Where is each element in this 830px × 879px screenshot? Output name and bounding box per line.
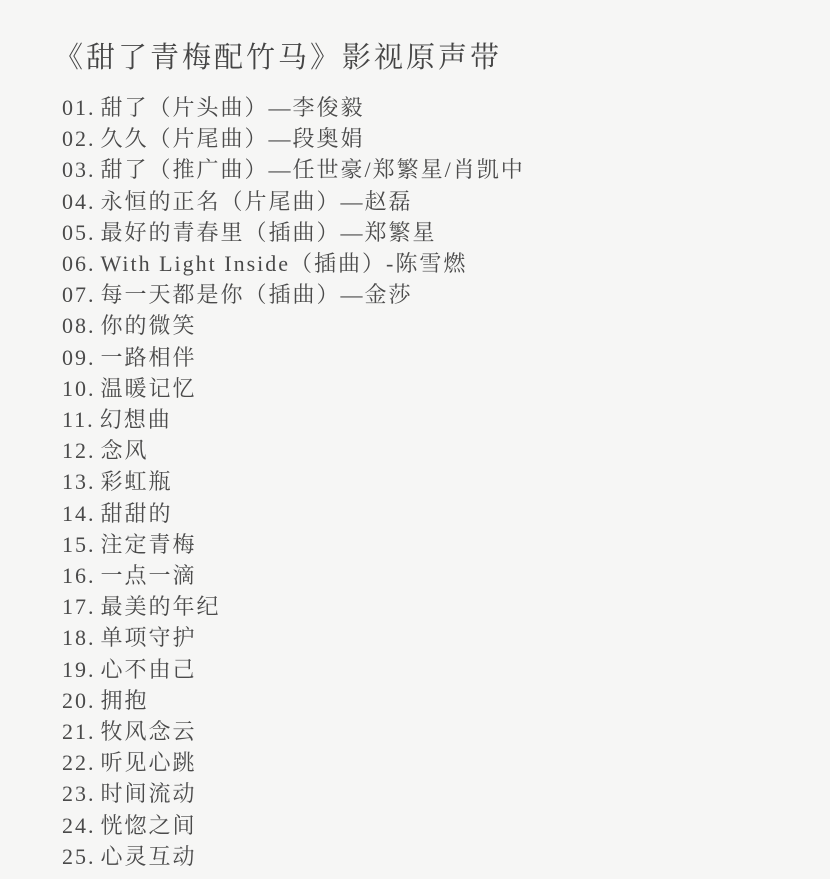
track-number: 24.	[62, 813, 96, 838]
track-item: 01.甜了（片头曲）—李俊毅	[62, 92, 830, 123]
track-title: 牧风念云	[101, 719, 197, 744]
track-title: 恍惚之间	[101, 813, 197, 838]
track-title: 心灵互动	[101, 844, 197, 869]
track-item: 09.一路相伴	[62, 342, 830, 373]
track-item: 20.拥抱	[62, 685, 830, 716]
track-number: 25.	[62, 844, 96, 869]
track-item: 17.最美的年纪	[62, 591, 830, 622]
track-item: 07.每一天都是你（插曲）—金莎	[62, 279, 830, 310]
track-item: 12.念风	[62, 435, 830, 466]
track-title: With Light Inside（插曲）-陈雪燃	[101, 251, 468, 276]
track-item: 04.永恒的正名（片尾曲）—赵磊	[62, 186, 830, 217]
track-number: 03.	[62, 157, 96, 182]
track-title: 单项守护	[101, 625, 197, 650]
track-item: 06.With Light Inside（插曲）-陈雪燃	[62, 248, 830, 279]
track-number: 02.	[62, 126, 96, 151]
track-number: 14.	[62, 501, 96, 526]
track-number: 09.	[62, 345, 96, 370]
track-number: 19.	[62, 657, 96, 682]
track-item: 24.恍惚之间	[62, 810, 830, 841]
soundtrack-page: 《甜了青梅配竹马》影视原声带 01.甜了（片头曲）—李俊毅 02.久久（片尾曲）…	[0, 0, 830, 872]
track-item: 22.听见心跳	[62, 747, 830, 778]
track-item: 13.彩虹瓶	[62, 466, 830, 497]
track-item: 21.牧风念云	[62, 716, 830, 747]
track-number: 21.	[62, 719, 96, 744]
track-number: 06.	[62, 251, 96, 276]
track-number: 18.	[62, 625, 96, 650]
track-number: 12.	[62, 438, 96, 463]
track-title: 温暖记忆	[101, 376, 197, 401]
track-number: 17.	[62, 594, 96, 619]
track-title: 一路相伴	[101, 345, 197, 370]
track-title: 甜甜的	[101, 501, 173, 526]
track-title: 永恒的正名（片尾曲）—赵磊	[101, 189, 413, 214]
track-title: 久久（片尾曲）—段奥娟	[101, 126, 365, 151]
track-item: 10.温暖记忆	[62, 373, 830, 404]
track-item: 03.甜了（推广曲）—任世豪/郑繁星/肖凯中	[62, 154, 830, 185]
track-title: 你的微笑	[101, 313, 197, 338]
track-item: 08.你的微笑	[62, 310, 830, 341]
track-title: 最美的年纪	[101, 594, 221, 619]
track-title: 彩虹瓶	[101, 469, 173, 494]
track-item: 16.一点一滴	[62, 560, 830, 591]
track-number: 15.	[62, 532, 96, 557]
track-title: 时间流动	[101, 781, 197, 806]
track-title: 甜了（片头曲）—李俊毅	[101, 95, 365, 120]
track-title: 注定青梅	[101, 532, 197, 557]
track-number: 07.	[62, 282, 96, 307]
track-number: 08.	[62, 313, 96, 338]
track-number: 04.	[62, 189, 96, 214]
track-title: 每一天都是你（插曲）—金莎	[101, 282, 413, 307]
track-number: 22.	[62, 750, 96, 775]
track-list: 01.甜了（片头曲）—李俊毅 02.久久（片尾曲）—段奥娟 03.甜了（推广曲）…	[0, 92, 830, 872]
track-item: 05.最好的青春里（插曲）—郑繁星	[62, 217, 830, 248]
track-item: 25.心灵互动	[62, 841, 830, 872]
track-title: 一点一滴	[101, 563, 197, 588]
track-title: 念风	[101, 438, 149, 463]
track-item: 02.久久（片尾曲）—段奥娟	[62, 123, 830, 154]
track-title: 最好的青春里（插曲）—郑繁星	[101, 220, 437, 245]
track-number: 23.	[62, 781, 96, 806]
track-title: 心不由己	[101, 657, 197, 682]
track-item: 14.甜甜的	[62, 498, 830, 529]
track-item: 15.注定青梅	[62, 529, 830, 560]
track-title: 拥抱	[101, 688, 149, 713]
track-number: 10.	[62, 376, 96, 401]
track-number: 11.	[62, 407, 95, 432]
track-item: 18.单项守护	[62, 622, 830, 653]
track-number: 05.	[62, 220, 96, 245]
track-number: 13.	[62, 469, 96, 494]
track-title: 幻想曲	[100, 407, 172, 432]
track-number: 16.	[62, 563, 96, 588]
album-title: 《甜了青梅配竹马》影视原声带	[54, 40, 830, 76]
track-title: 甜了（推广曲）—任世豪/郑繁星/肖凯中	[101, 157, 525, 182]
track-title: 听见心跳	[101, 750, 197, 775]
track-number: 20.	[62, 688, 96, 713]
track-item: 19.心不由己	[62, 654, 830, 685]
track-number: 01.	[62, 95, 96, 120]
track-item: 23.时间流动	[62, 778, 830, 809]
track-item: 11.幻想曲	[62, 404, 830, 435]
